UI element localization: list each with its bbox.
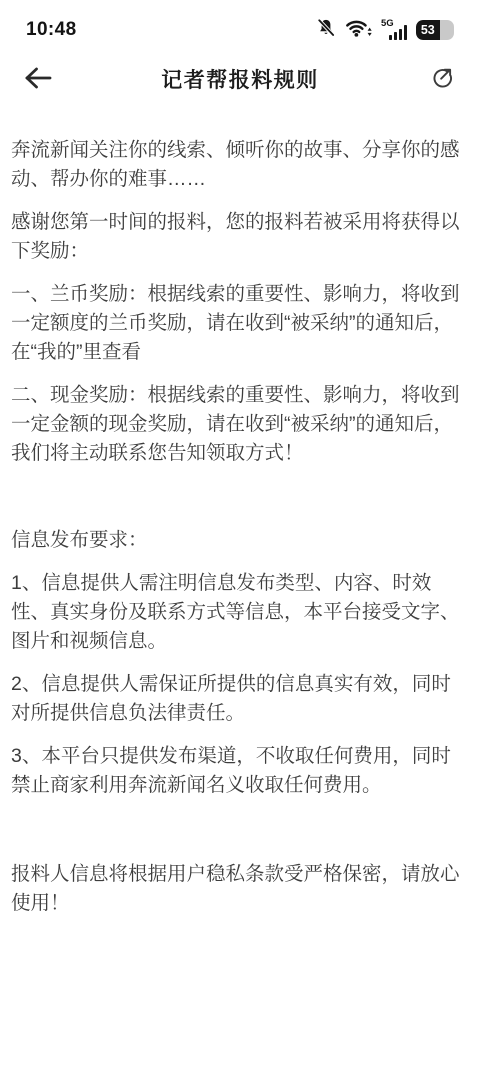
app-screen: 10:48 (0, 0, 480, 1072)
battery-icon: 53 (416, 20, 454, 40)
paragraph-requirement-2: 2、信息提供人需保证所提供的信息真实有效，同时对所提供信息负法律责任。 (11, 670, 469, 728)
battery-level: 53 (421, 23, 435, 37)
refresh-icon (429, 64, 456, 94)
paragraph-requirement-1: 1、信息提供人需注明信息发布类型、内容、时效性、真实身份及联系方式等信息，本平台… (11, 569, 469, 656)
paragraph-privacy: 报料人信息将根据用户稳私条款受严格保密，请放心使用！ (11, 860, 469, 918)
status-icons: 5G 53 (315, 17, 454, 44)
refresh-button[interactable] (420, 57, 464, 101)
paragraph-reward-coin: 一、兰币奖励：根据线索的重要性、影响力，将收到一定额度的兰币奖励，请在收到“被采… (11, 280, 469, 367)
article-content: 奔流新闻关注你的线索、倾听你的故事、分享你的感动、帮办你的难事…… 感谢您第一时… (0, 108, 480, 918)
paragraph-intro: 奔流新闻关注你的线索、倾听你的故事、分享你的感动、帮办你的难事…… (11, 136, 469, 194)
status-time: 10:48 (26, 19, 77, 41)
paragraph-requirement-3: 3、本平台只提供发布渠道，不收取任何费用，同时禁止商家利用奔流新闻名义收取任何费… (11, 742, 469, 800)
battery-fill: 53 (416, 20, 440, 40)
header: 记者帮报料规则 (0, 50, 480, 108)
back-button[interactable] (16, 57, 60, 101)
status-bar: 10:48 (0, 0, 480, 50)
arrow-left-icon (22, 64, 54, 95)
notifications-off-icon (315, 17, 337, 44)
page-title: 记者帮报料规则 (60, 64, 420, 94)
paragraph-thanks: 感谢您第一时间的报料，您的报料若被采用将获得以下奖励： (11, 208, 469, 266)
paragraph-requirements-heading: 信息发布要求： (11, 526, 469, 555)
cellular-signal-icon: 5G (381, 19, 408, 41)
wifi-icon (345, 17, 373, 44)
paragraph-reward-cash: 二、现金奖励：根据线索的重要性、影响力，将收到一定金额的现金奖励，请在收到“被采… (11, 381, 469, 468)
